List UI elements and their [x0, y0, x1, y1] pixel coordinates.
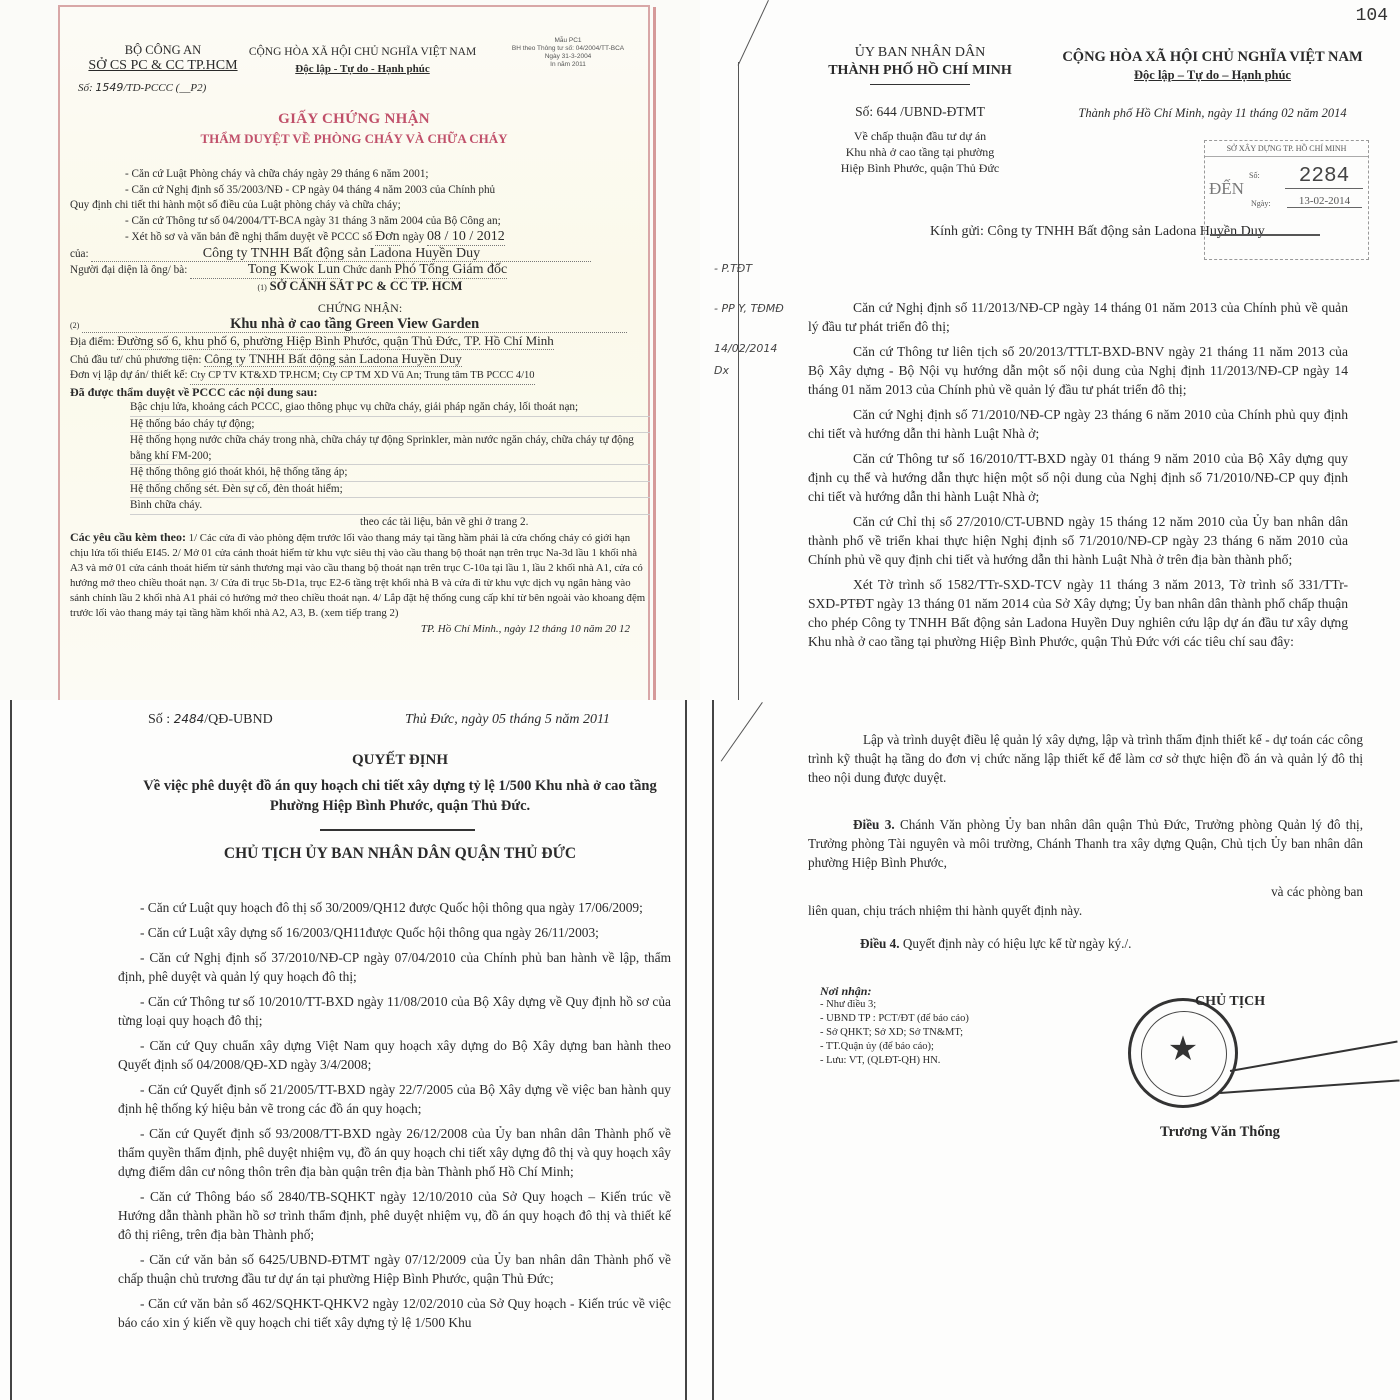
approved-item: Hệ thống chống sét. Đèn sự cố, đèn thoát… — [130, 482, 650, 499]
certificate-title: GIẤY CHỨNG NHẬN — [60, 111, 648, 128]
decision-number: Số : 2484/QĐ-UBND — [148, 712, 273, 728]
basis-paragraph: - Căn cứ Quy chuẩn xây dựng Việt Nam quy… — [118, 1036, 671, 1074]
page-edge-left — [10, 700, 12, 1400]
received-stamp: SỞ XÂY DỰNG TP. HỒ CHÍ MINH ĐẾN Số: 2284… — [1204, 140, 1369, 260]
approved-heading: Đã được thẩm duyệt về PCCC các nội dung … — [70, 385, 650, 401]
recipient-item: - Sở QHKT; Sở XD; Sở TN&MT; — [820, 1026, 969, 1040]
certificate-frame: BỘ CÔNG AN SỞ CS PC & CC TP.HCM Số: 1549… — [58, 5, 650, 700]
basis-line: - Căn cứ Thông tư số 04/2004/TT-BCA ngày… — [70, 214, 650, 230]
decision-final-page: Lập và trình duyệt điều lệ quản lý xây d… — [700, 700, 1400, 1400]
certificate-number: Số: 1549/TD-PCCC (__P2) — [78, 81, 206, 94]
signer-name: Trương Văn Thống — [1160, 1124, 1280, 1141]
recipient-item: - TT.Quận ủy (để báo cáo); — [820, 1040, 969, 1054]
investor-line: Chủ đầu tư/ chủ phương tiện: Công ty TNH… — [70, 351, 650, 369]
basis-paragraph: - Căn cứ Thông báo số 2840/TB-SQHKT ngày… — [118, 1187, 671, 1244]
star-emblem-icon: ★ — [1131, 1029, 1235, 1069]
agency-department: SỞ CS PC & CC TP.HCM — [78, 58, 248, 73]
title-divider — [320, 829, 475, 831]
recipient-item: - UBND TP : PCT/ĐT (để báo cáo) — [820, 1012, 969, 1026]
ubnd-letter-document: 104 ỦY BAN NHÂN DÂN THÀNH PHỐ HỒ CHÍ MIN… — [700, 0, 1400, 700]
basis-paragraph: - Căn cứ Luật xây dựng số 16/2003/QH11đư… — [118, 923, 671, 942]
pen-mark — [721, 702, 763, 762]
basis-paragraph: - Căn cứ Luật quy hoạch đô thị số 30/200… — [118, 898, 671, 917]
letter-paragraph: Xét Tờ trình số 1582/TTr-SXD-TCV ngày 11… — [808, 575, 1348, 651]
location-line: Địa điểm: Đường số 6, khu phố 6, phường … — [70, 333, 650, 351]
recipient-item: - Như điều 3; — [820, 998, 969, 1012]
approved-item: Bình chữa cháy. — [130, 498, 650, 515]
letter-paragraph: Căn cứ Nghị định số 71/2010/NĐ-CP ngày 2… — [808, 405, 1348, 443]
basis-line: - Căn cứ Nghị định số 35/2003/NĐ - CP ng… — [70, 183, 650, 199]
letter-recipient: Kính gửi: Công ty TNHH Bất động sản Lado… — [930, 224, 1265, 240]
project-line: (2) Khu nhà ở cao tầng Green View Garden — [70, 317, 650, 334]
national-motto: CỘNG HÒA XÃ HỘI CHỦ NGHĨA VIỆT NAM Độc l… — [235, 44, 490, 78]
basis-paragraph: - Căn cứ văn bản số 6425/UBND-ĐTMT ngày … — [118, 1250, 671, 1288]
approved-items: Bậc chịu lửa, khoảng cách PCCC, giao thô… — [70, 400, 650, 515]
approved-item: Hệ thống báo cháy tự động; — [130, 417, 650, 434]
letter-body: Căn cứ Nghị định số 11/2013/NĐ-CP ngày 1… — [808, 298, 1348, 657]
page-number: 104 — [1356, 6, 1388, 26]
recipients-list: Nơi nhận: - Như điều 3; - UBND TP : PCT/… — [820, 984, 969, 1068]
basis-paragraph: - Căn cứ Quyết định số 21/2005/TT-BXD ng… — [118, 1080, 671, 1118]
letter-paragraph: Căn cứ Nghị định số 11/2013/NĐ-CP ngày 1… — [808, 298, 1348, 336]
form-reference: Mẫu PC1 BH theo Thông tư số: 04/2004/TT-… — [488, 37, 648, 69]
letter-date: Thành phố Hồ Chí Minh, ngày 11 tháng 02 … — [1040, 106, 1385, 121]
agency-name: BỘ CÔNG AN — [78, 43, 248, 58]
decision-basis: - Căn cứ Luật quy hoạch đô thị số 30/200… — [118, 898, 671, 1338]
basis-paragraph: - Căn cứ Nghị định số 37/2010/NĐ-CP ngày… — [118, 948, 671, 986]
signing-date: TP. Hồ Chí Minh., ngày 12 tháng 10 năm 2… — [70, 622, 650, 638]
handwritten-margin-notes: - P.TĐT - PP Y, TĐMĐ 14/02/2014 Dx — [714, 262, 804, 378]
request-line: - Xét hồ sơ và văn bản đề nghị thẩm duyệ… — [70, 229, 650, 246]
certificate-subtitle: THẨM DUYỆT VỀ PHÒNG CHÁY VÀ CHỮA CHÁY — [60, 131, 648, 147]
issuer-line: (1) SỞ CẢNH SÁT PC & CC TP. HCM — [70, 279, 650, 296]
basis-paragraph: - Căn cứ Thông tư số 10/2010/TT-BXD ngày… — [118, 992, 671, 1030]
decision-date: Thủ Đức, ngày 05 tháng 5 năm 2011 — [405, 712, 610, 728]
article-4: Điều 4. Quyết định này có hiệu lực kể từ… — [860, 936, 1131, 952]
applicant-line: của: Công ty TNHH Bất động sản Ladona Hu… — [70, 246, 650, 263]
letter-number: Số: 644 /UBND-ĐTMT — [800, 104, 1040, 120]
fold-line — [738, 0, 769, 66]
approved-item: Hệ thống họng nước chữa cháy trong nhà, … — [130, 433, 650, 465]
decision-document: Số : 2484/QĐ-UBND Thủ Đức, ngày 05 tháng… — [0, 700, 700, 1400]
national-motto: CỘNG HÒA XÃ HỘI CHỦ NGHĨA VIỆT NAM Độc l… — [1040, 48, 1385, 84]
letter-paragraph: Căn cứ Thông tư liên tịch số 20/2013/TTL… — [808, 342, 1348, 399]
intro-paragraph: Lập và trình duyệt điều lệ quản lý xây d… — [808, 730, 1363, 787]
basis-paragraph: - Căn cứ văn bản số 462/SQHKT-QHKV2 ngày… — [118, 1294, 671, 1332]
article-3: Điều 3. Chánh Văn phòng Ủy ban nhân dân … — [808, 815, 1363, 920]
signature-stroke — [1230, 1040, 1398, 1071]
handwritten-number: 1549 — [95, 81, 123, 94]
letter-paragraph: Căn cứ Chỉ thị số 27/2010/CT-UBND ngày 1… — [808, 512, 1348, 569]
decision-subtitle: Về việc phê duyệt đồ án quy hoạch chi ti… — [130, 776, 670, 816]
signature-stroke — [1220, 1079, 1400, 1093]
designer-line: Đơn vị lập dự án/ thiết kế: Cty CP TV KT… — [70, 368, 650, 385]
page-edge-right — [685, 700, 687, 1400]
basis-line: - Căn cứ Luật Phòng cháy và chữa cháy ng… — [70, 167, 650, 183]
certificate-agency: BỘ CÔNG AN SỞ CS PC & CC TP.HCM — [78, 43, 248, 73]
documents-note: theo các tài liệu, bản vẽ ghi ở trang 2. — [70, 515, 650, 531]
signer-title: CHỦ TỊCH — [1195, 994, 1265, 1010]
recipient-item: - Lưu: VT, (QLĐT-QH) HN. — [820, 1054, 969, 1068]
letter-paragraph: Căn cứ Thông tư số 16/2010/TT-BXD ngày 0… — [808, 449, 1348, 506]
representative-line: Người đại diện là ông/ bà: Tong Kwok Lun… — [70, 262, 650, 279]
decision-title: QUYẾT ĐỊNH — [100, 752, 700, 769]
certifies-heading: CHỨNG NHẬN: — [70, 301, 650, 317]
basis-line: Quy định chi tiết thi hành một số điều c… — [70, 198, 650, 214]
page-edge-left — [712, 700, 714, 1400]
stamp-date: 13-02-2014 — [1287, 195, 1362, 208]
letter-subject: Về chấp thuận đầu tư dự án Khu nhà ở cao… — [800, 128, 1040, 176]
basis-paragraph: - Căn cứ Quyết định số 93/2008/TT-BXD ng… — [118, 1124, 671, 1181]
approved-item: Hệ thống thông gió thoát khói, hệ thống … — [130, 465, 650, 482]
certificate-body: - Căn cứ Luật Phòng cháy và chữa cháy ng… — [70, 167, 650, 638]
page-edge — [738, 62, 739, 700]
issuing-agency: ỦY BAN NHÂN DÂN THÀNH PHỐ HỒ CHÍ MINH — [800, 44, 1040, 85]
decision-authority: CHỦ TỊCH ỦY BAN NHÂN DÂN QUẬN THỦ ĐỨC — [100, 845, 700, 863]
requirements: Các yêu cầu kèm theo: 1/ Các cửa đi vào … — [70, 530, 650, 621]
approved-item: Bậc chịu lửa, khoảng cách PCCC, giao thô… — [130, 400, 650, 417]
fire-certificate-document: BỘ CÔNG AN SỞ CS PC & CC TP.HCM Số: 1549… — [0, 0, 700, 700]
stamp-number: 2284 — [1285, 165, 1363, 189]
